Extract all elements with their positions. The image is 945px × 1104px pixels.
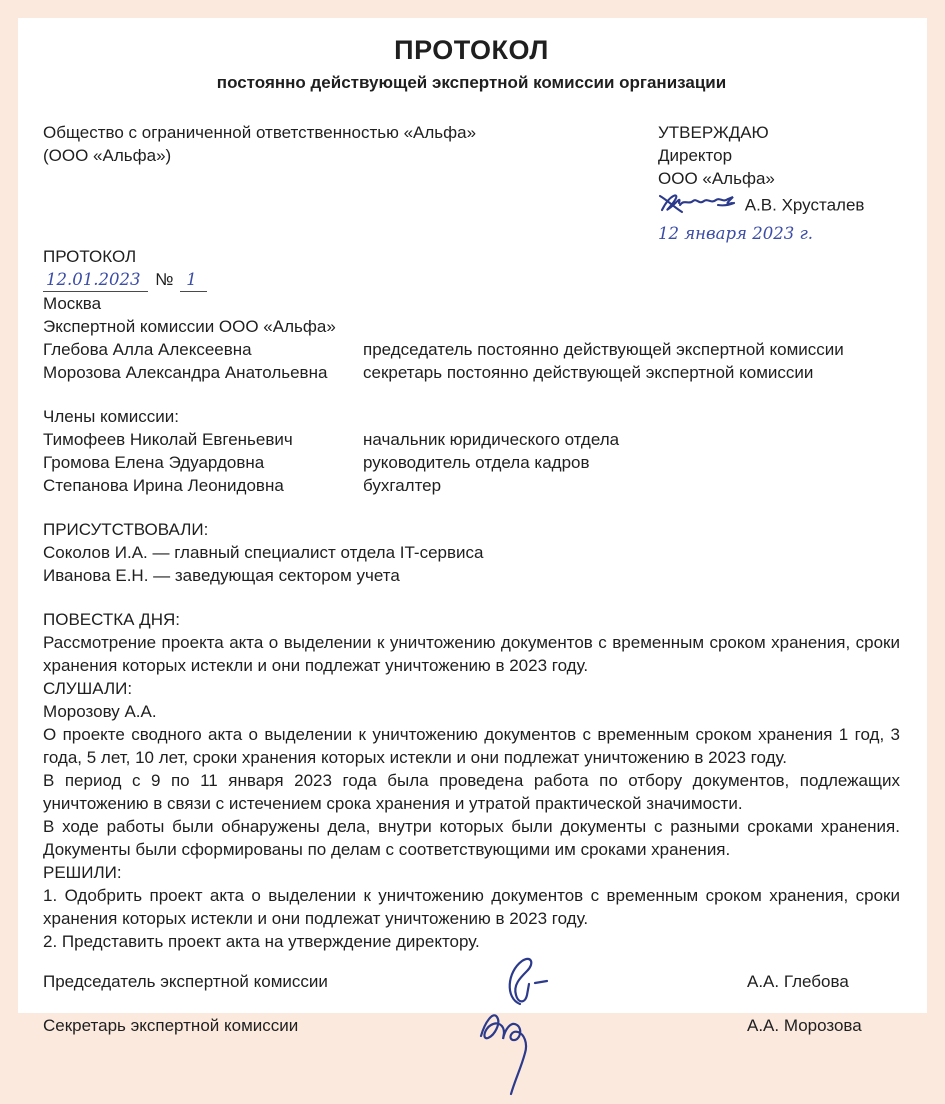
document-subtitle: постоянно действующей экспертной комисси…	[43, 72, 900, 94]
agenda-text: Рассмотрение проекта акта о выделении к …	[43, 631, 900, 677]
signature-row: Председатель экспертной комиссии А.А. Гл…	[43, 970, 900, 993]
officer-role: председатель постоянно действующей экспе…	[363, 338, 900, 361]
organization-name: Общество с ограниченной ответственностью…	[43, 121, 643, 144]
header-row: Общество с ограниченной ответственностью…	[43, 121, 900, 245]
member-row: Степанова Ирина Леонидовна бухгалтер	[43, 474, 900, 497]
officer-row: Морозова Александра Анатольевна секретар…	[43, 361, 900, 384]
approver-name: А.В. Хрусталев	[745, 195, 865, 214]
signer-role: Председатель экспертной комиссии	[43, 970, 747, 993]
signature-section: Председатель экспертной комиссии А.А. Гл…	[43, 970, 900, 1037]
khrustalev-signature-icon	[658, 190, 736, 222]
approver-org: ООО «Альфа»	[658, 167, 900, 190]
member-role: руководитель отдела кадров	[363, 451, 900, 474]
member-role: начальник юридического отдела	[363, 428, 900, 451]
signer-name: А.А. Морозова	[747, 1014, 900, 1037]
protocol-date-number-line: 12.01.2023 № 1	[43, 268, 900, 292]
document-page: ПРОТОКОЛ постоянно действующей экспертно…	[18, 18, 927, 1013]
signature-row: Секретарь экспертной комиссии А.А. Мороз…	[43, 1014, 900, 1037]
heard-speaker: Морозову А.А.	[43, 700, 900, 723]
protocol-number: 1	[180, 270, 207, 292]
officer-row: Глебова Алла Алексеевна председатель пос…	[43, 338, 900, 361]
agenda-heading: ПОВЕСТКА ДНЯ:	[43, 608, 900, 631]
member-role: бухгалтер	[363, 474, 900, 497]
members-heading: Члены комиссии:	[43, 405, 900, 428]
protocol-commission: Экспертной комиссии ООО «Альфа»	[43, 315, 900, 338]
organization-short-name: (ООО «Альфа»)	[43, 144, 643, 167]
member-name: Степанова Ирина Леонидовна	[43, 474, 363, 497]
attendee-line: Иванова Е.Н. — заведующая сектором учета	[43, 564, 900, 587]
attendee-line: Соколов И.А. — главный специалист отдела…	[43, 541, 900, 564]
heard-paragraph: В период с 9 по 11 января 2023 года была…	[43, 769, 900, 815]
approval-block: УТВЕРЖДАЮ Директор ООО «Альфа» А.В. Хрус…	[658, 121, 900, 245]
heard-paragraph: О проекте сводного акта о выделении к ун…	[43, 723, 900, 769]
protocol-date: 12.01.2023	[43, 270, 148, 292]
attendees-heading: ПРИСУТСТВОВАЛИ:	[43, 518, 900, 541]
approver-sign-line: А.В. Хрусталев	[658, 190, 900, 222]
officer-name: Глебова Алла Алексеевна	[43, 338, 363, 361]
member-row: Громова Елена Эдуардовна руководитель от…	[43, 451, 900, 474]
morozova-signature-icon	[475, 998, 559, 1098]
approval-date: 12 января 2023 г.	[658, 222, 900, 245]
approval-label: УТВЕРЖДАЮ	[658, 121, 900, 144]
resolved-heading: РЕШИЛИ:	[43, 861, 900, 884]
protocol-city: Москва	[43, 292, 900, 315]
resolved-item: 1. Одобрить проект акта о выделении к ун…	[43, 884, 900, 930]
member-row: Тимофеев Николай Евгеньевич начальник юр…	[43, 428, 900, 451]
heard-heading: СЛУШАЛИ:	[43, 677, 900, 700]
member-name: Громова Елена Эдуардовна	[43, 451, 363, 474]
officer-role: секретарь постоянно действующей экспертн…	[363, 361, 900, 384]
signer-role: Секретарь экспертной комиссии	[43, 1014, 747, 1037]
signer-name: А.А. Глебова	[747, 970, 900, 993]
member-name: Тимофеев Николай Евгеньевич	[43, 428, 363, 451]
officer-name: Морозова Александра Анатольевна	[43, 361, 363, 384]
protocol-heading: ПРОТОКОЛ	[43, 245, 900, 268]
approver-position: Директор	[658, 144, 900, 167]
number-sign: №	[155, 270, 173, 289]
heard-paragraph: В ходе работы были обнаружены дела, внут…	[43, 815, 900, 861]
organization-block: Общество с ограниченной ответственностью…	[43, 121, 643, 245]
document-title: ПРОТОКОЛ	[43, 35, 900, 65]
resolved-item: 2. Представить проект акта на утверждени…	[43, 930, 900, 953]
